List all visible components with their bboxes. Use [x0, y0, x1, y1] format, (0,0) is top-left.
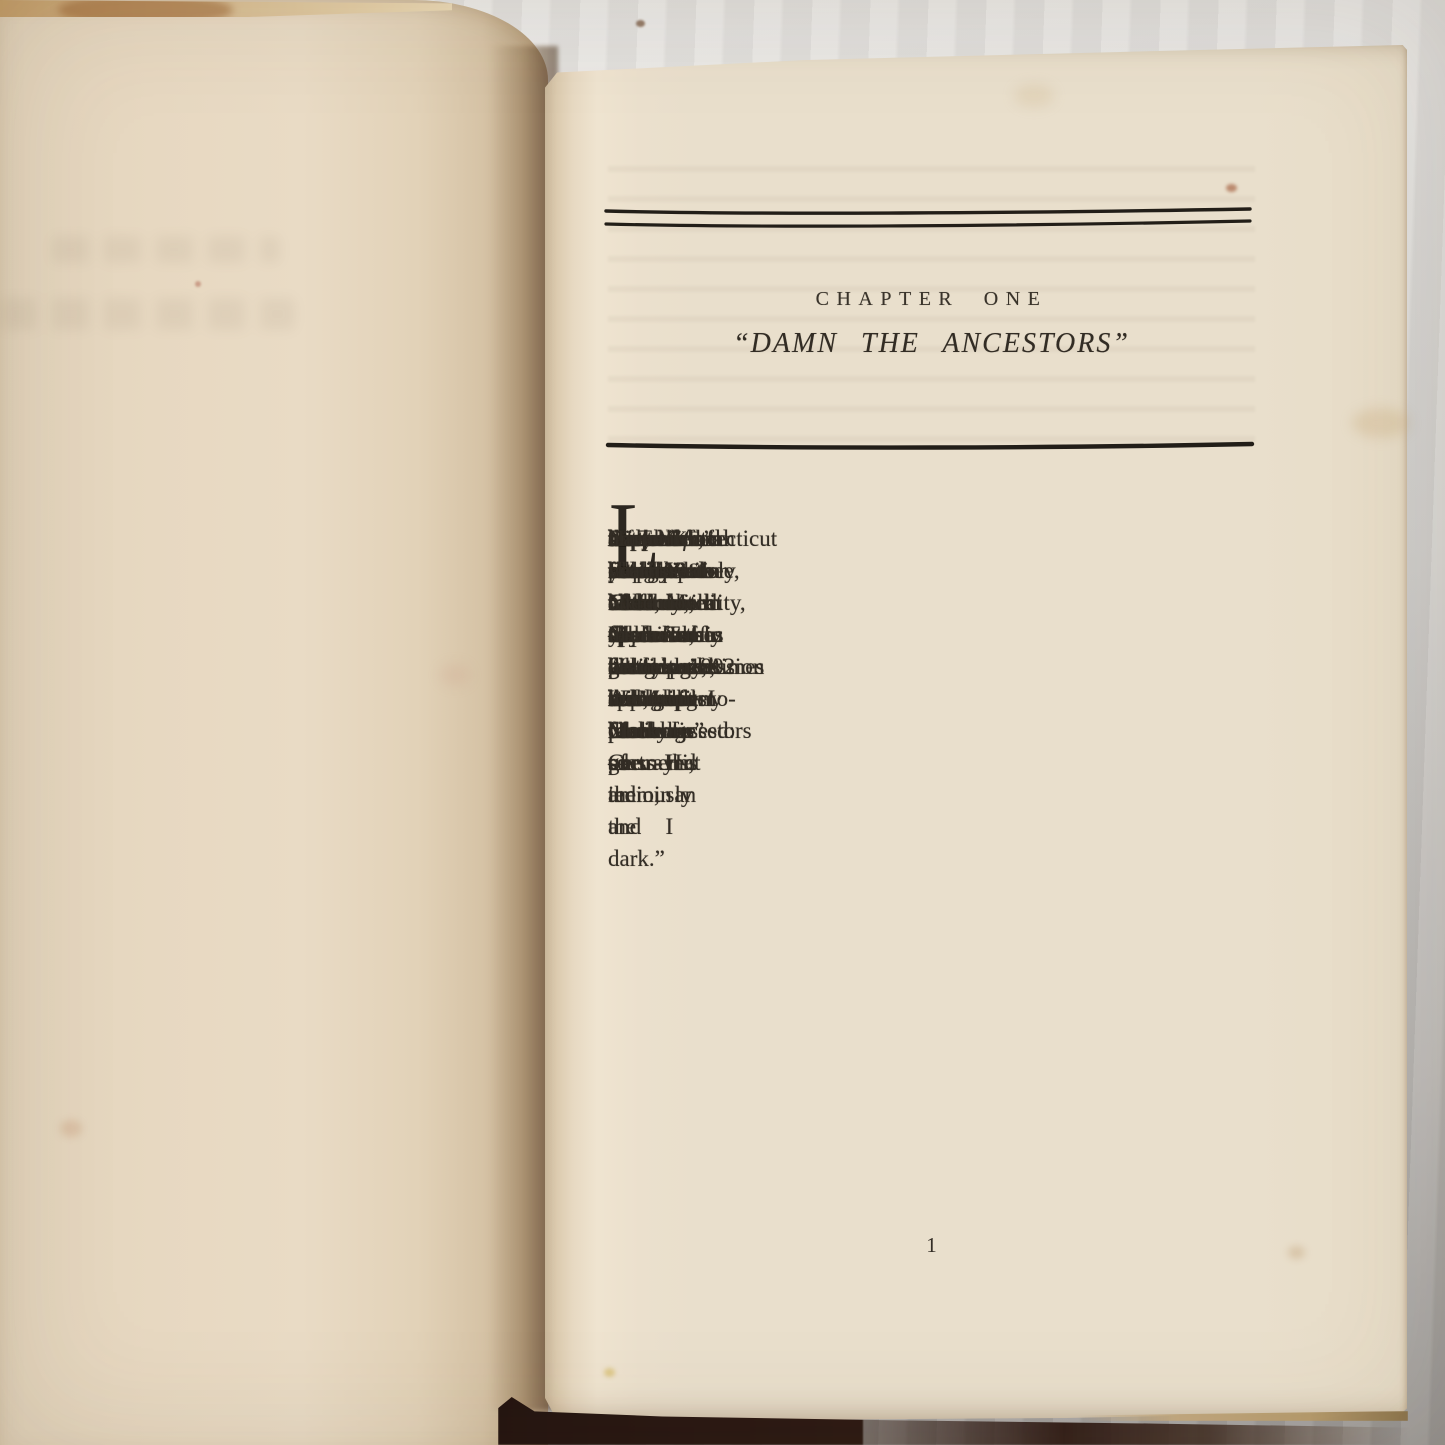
foxing-stain [1014, 84, 1054, 107]
left-page-deckle-edge [0, 0, 452, 17]
right-page: CHAPTER ONE “DAMN THE ANCESTORS” L IKE H… [545, 45, 1407, 1420]
foxing-stain [60, 1120, 82, 1137]
foxing-stain [440, 664, 470, 686]
left-page-edge-stain [58, 0, 233, 26]
foxing-stain [1352, 408, 1410, 438]
foxing-stain [636, 20, 645, 27]
double-rule [602, 203, 1254, 229]
single-rule [605, 439, 1255, 453]
foxing-stain [1226, 184, 1237, 192]
page-number: 1 [608, 1233, 1255, 1258]
foxing-stain [604, 1368, 615, 1377]
left-page [0, 0, 548, 1445]
show-through-text-smudge [0, 298, 295, 330]
foxing-stain [195, 281, 201, 287]
show-through-text-smudge [52, 236, 280, 263]
foxing-stain [1288, 1246, 1305, 1259]
chapter-label: CHAPTER ONE [608, 288, 1255, 311]
book-photo: CHAPTER ONE “DAMN THE ANCESTORS” L IKE H… [0, 0, 1445, 1445]
chapter-title: “DAMN THE ANCESTORS” [608, 328, 1255, 360]
